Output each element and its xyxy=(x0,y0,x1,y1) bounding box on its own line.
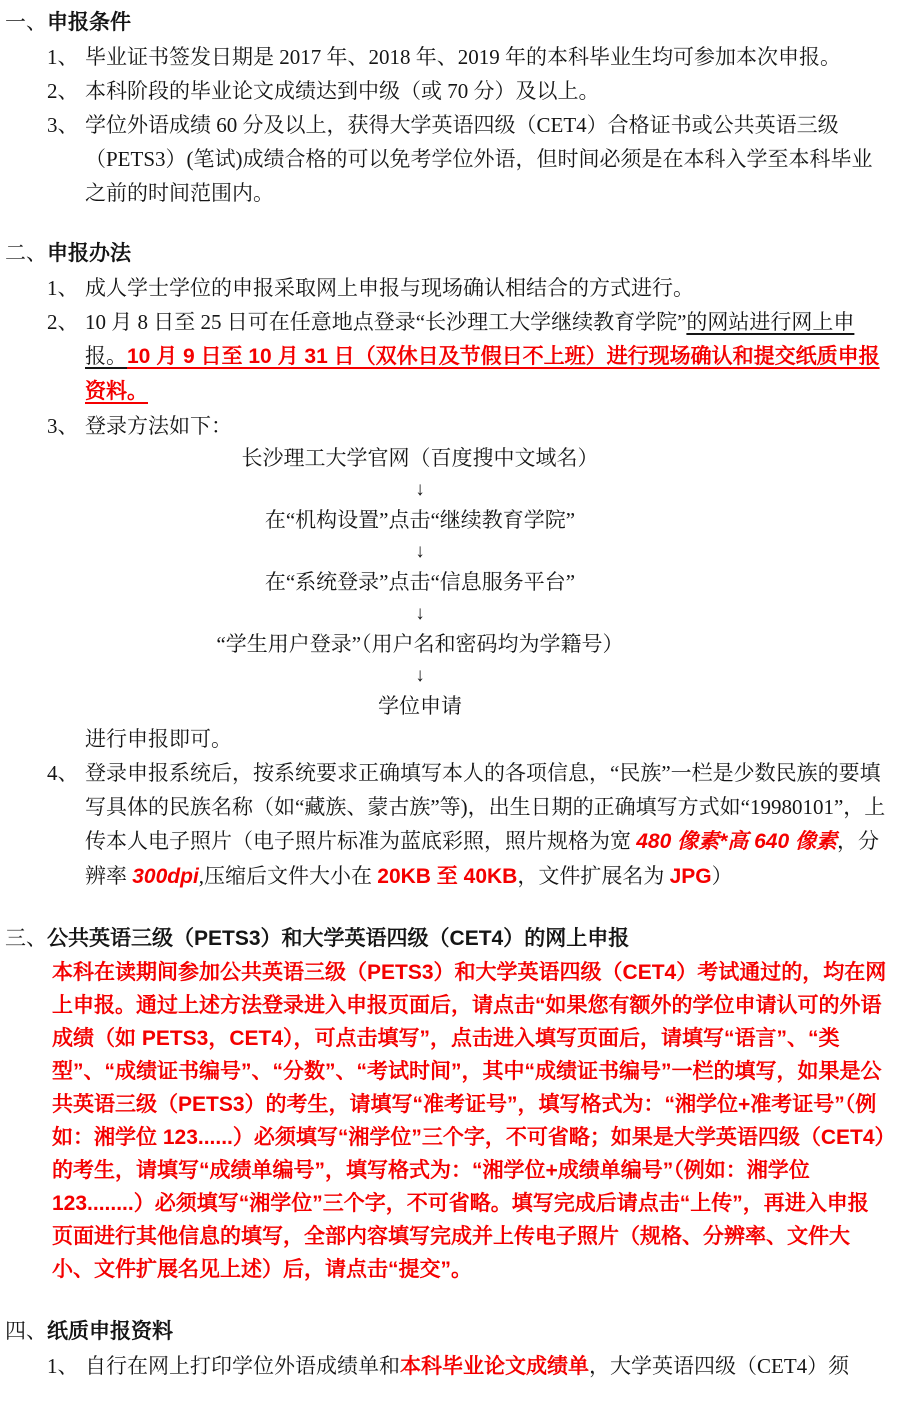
section-1-title: 申报条件 xyxy=(47,11,131,34)
highlighted-text-run: 本科毕业论文成绩单 xyxy=(400,1355,589,1378)
down-arrow-icon: ↓ xyxy=(5,598,835,629)
section-1-number: 一、 xyxy=(5,10,47,34)
text-run: 学位外语成绩 60 分及以上，获得大学英语四级（CET4）合格证书或公共英语三级… xyxy=(85,113,873,205)
down-arrow-icon: ↓ xyxy=(5,660,835,691)
list-item: 2、 本科阶段的毕业论文成绩达到中级（或 70 分）及以上。 xyxy=(47,74,892,108)
flow-step-student-login: “学生用户登录”（用户名和密码均为学籍号） xyxy=(5,629,835,660)
list-item: 2、 10 月 8 日至 25 日可在任意地点登录“长沙理工大学继续教育学院”的… xyxy=(47,305,892,409)
text-run: ） xyxy=(712,864,733,888)
list-item-number: 3、 xyxy=(47,108,85,210)
list-item-number: 4、 xyxy=(47,756,85,894)
highlighted-text-run: JPG xyxy=(670,865,712,888)
text-run: ,压缩后文件大小在 xyxy=(199,864,378,888)
list-item-text: 成人学士学位的申报采取网上申报与现场确认相结合的方式进行。 xyxy=(85,271,892,305)
highlighted-text-run: 20KB 至 40KB xyxy=(377,865,517,888)
flow-note: 进行申报即可。 xyxy=(85,722,892,756)
list-item-text: 登录申报系统后，按系统要求正确填写本人的各项信息，“民族”一栏是少数民族的要填写… xyxy=(85,756,892,894)
list-item: 1、 自行在网上打印学位外语成绩单和本科毕业论文成绩单，大学英语四级（CET4）… xyxy=(47,1349,892,1384)
list-item-text: 毕业证书签发日期是 2017 年、2018 年、2019 年的本科毕业生均可参加… xyxy=(85,40,892,74)
list-item: 4、 登录申报系统后，按系统要求正确填写本人的各项信息，“民族”一栏是少数民族的… xyxy=(47,756,892,894)
online-application-paragraph: 本科在读期间参加公共英语三级（PETS3）和大学英语四级（CET4）考试通过的，… xyxy=(52,956,892,1286)
list-item: 1、 成人学士学位的申报采取网上申报与现场确认相结合的方式进行。 xyxy=(47,271,892,305)
highlighted-text-run: 10 月 9 日至 10 月 31 日（双休日及节假日不上班）进行现场确认和提交… xyxy=(85,345,880,403)
list-item-text: 自行在网上打印学位外语成绩单和本科毕业论文成绩单，大学英语四级（CET4）须 xyxy=(85,1349,892,1384)
section-4-number: 四、 xyxy=(5,1319,47,1343)
list-item: 3、 学位外语成绩 60 分及以上，获得大学英语四级（CET4）合格证书或公共英… xyxy=(47,108,892,210)
text-run: ，文件扩展名为 xyxy=(517,864,669,888)
text-run: 登录方法如下： xyxy=(85,414,232,438)
section-3-heading: 三、公共英语三级（PETS3）和大学英语四级（CET4）的网上申报 xyxy=(5,921,892,956)
section-gap xyxy=(5,894,892,921)
down-arrow-icon: ↓ xyxy=(5,474,835,505)
login-flow-chart: 长沙理工大学官网（百度搜中文域名） ↓ 在“机构设置”点击“继续教育学院” ↓ … xyxy=(5,443,835,722)
list-item-number: 2、 xyxy=(47,305,85,409)
flow-step-degree-apply: 学位申请 xyxy=(5,691,835,722)
flow-step-official-site: 长沙理工大学官网（百度搜中文域名） xyxy=(5,443,835,474)
list-item: 3、 登录方法如下： xyxy=(47,409,892,443)
document-page: 一、申报条件 1、 毕业证书签发日期是 2017 年、2018 年、2019 年… xyxy=(0,0,900,1384)
list-item-text: 学位外语成绩 60 分及以上，获得大学英语四级（CET4）合格证书或公共英语三级… xyxy=(85,108,892,210)
section-3-title: 公共英语三级（PETS3）和大学英语四级（CET4）的网上申报 xyxy=(47,927,629,950)
section-gap xyxy=(5,210,892,236)
list-item-text: 登录方法如下： xyxy=(85,409,892,443)
list-item-number: 2、 xyxy=(47,74,85,108)
text-run: ，大学英语四级（CET4）须 xyxy=(589,1354,849,1378)
text-run: 本科阶段的毕业论文成绩达到中级（或 70 分）及以上。 xyxy=(85,79,600,103)
section-2-number: 二、 xyxy=(5,241,47,265)
section-4-heading: 四、纸质申报资料 xyxy=(5,1314,892,1349)
text-run: 自行在网上打印学位外语成绩单和 xyxy=(85,1354,400,1378)
list-item: 1、 毕业证书签发日期是 2017 年、2018 年、2019 年的本科毕业生均… xyxy=(47,40,892,74)
text-run: 毕业证书签发日期是 2017 年、2018 年、2019 年的本科毕业生均可参加… xyxy=(85,45,841,69)
highlighted-text-run: 本科在读期间参加公共英语三级（PETS3）和大学英语四级（CET4）考试通过的，… xyxy=(52,961,886,1281)
highlighted-text-run: 300dpi xyxy=(132,865,199,888)
list-item-number: 1、 xyxy=(47,1349,85,1384)
section-1-heading: 一、申报条件 xyxy=(5,5,892,40)
highlighted-text-run: 480 像素*高 640 像素 xyxy=(636,830,837,853)
list-item-text: 10 月 8 日至 25 日可在任意地点登录“长沙理工大学继续教育学院”的网站进… xyxy=(85,305,892,409)
flow-step-org-setting: 在“机构设置”点击“继续教育学院” xyxy=(5,505,835,536)
section-gap xyxy=(5,1286,892,1314)
down-arrow-icon: ↓ xyxy=(5,536,835,567)
text-run: 10 月 8 日至 25 日可在任意地点登录“长沙理工大学继续教育学院” xyxy=(85,310,686,334)
list-item-number: 1、 xyxy=(47,40,85,74)
text-run: 成人学士学位的申报采取网上申报与现场确认相结合的方式进行。 xyxy=(85,276,694,300)
section-2-title: 申报办法 xyxy=(47,242,131,265)
section-2-heading: 二、申报办法 xyxy=(5,236,892,271)
list-item-text: 本科阶段的毕业论文成绩达到中级（或 70 分）及以上。 xyxy=(85,74,892,108)
section-4-title: 纸质申报资料 xyxy=(47,1320,173,1343)
section-3-number: 三、 xyxy=(5,926,47,950)
list-item-number: 1、 xyxy=(47,271,85,305)
flow-step-system-login: 在“系统登录”点击“信息服务平台” xyxy=(5,567,835,598)
list-item-number: 3、 xyxy=(47,409,85,443)
